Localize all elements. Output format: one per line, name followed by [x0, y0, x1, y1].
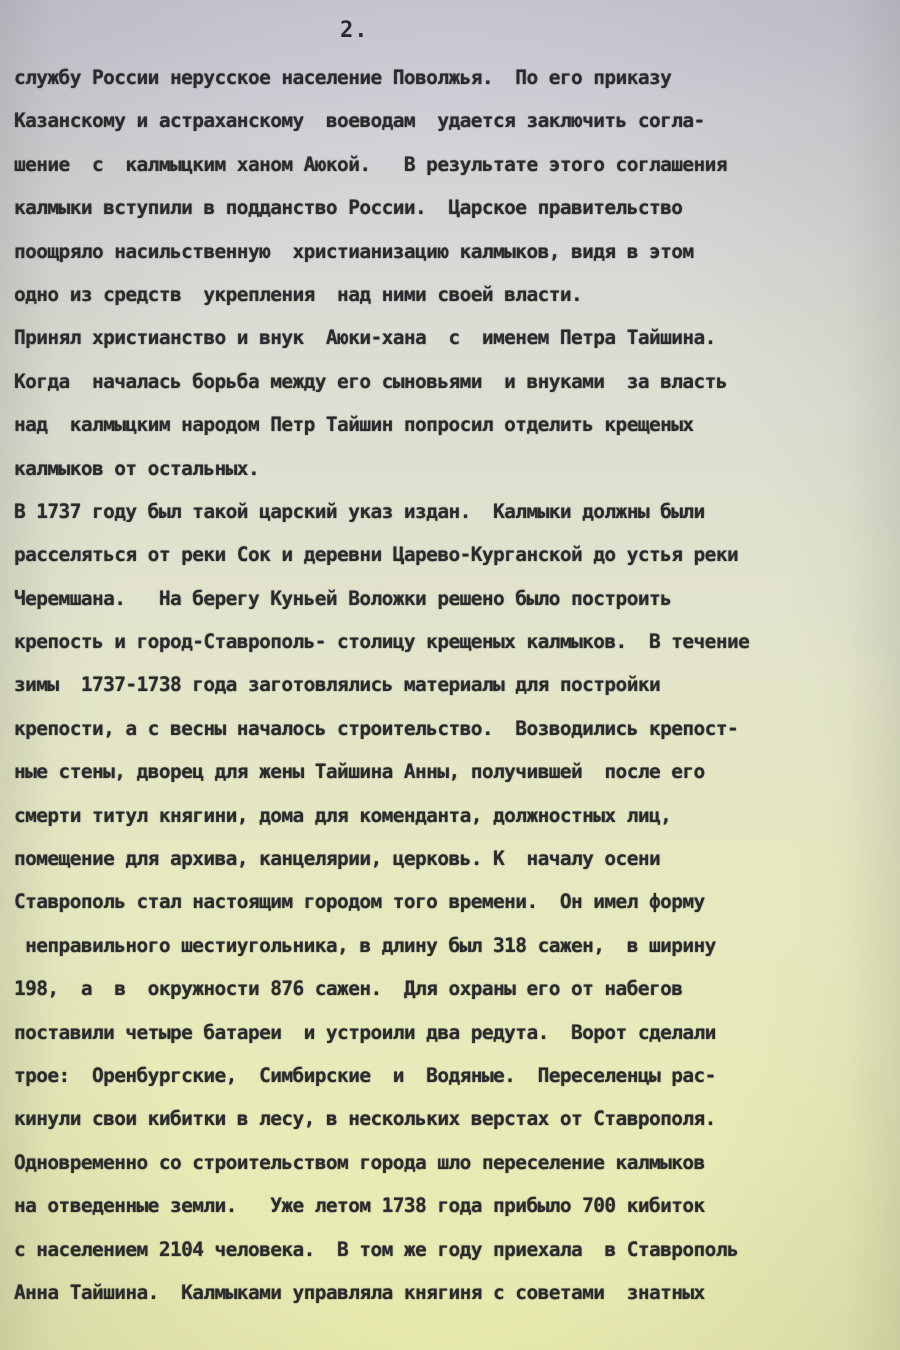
text-line: зимы 1737-1738 года заготовлялись матери… — [14, 663, 890, 706]
text-line: ные стены, дворец для жены Тайшина Анны,… — [14, 750, 890, 793]
text-line: одно из средств укрепления над ними свое… — [14, 273, 890, 316]
text-line: Принял христианство и внук Аюки-хана с и… — [14, 316, 890, 359]
page-number: 2. — [340, 18, 369, 43]
text-line: Казанскому и астраханскому воеводам удае… — [14, 99, 890, 142]
text-line: калмыков от остальных. — [14, 447, 890, 490]
text-line: 198, а в окружности 876 сажен. Для охран… — [14, 967, 890, 1010]
text-line: неправильного шестиугольника, в длину бы… — [14, 924, 890, 967]
text-line: трое: Оренбургские, Симбирские и Водяные… — [14, 1054, 890, 1097]
text-line: Анна Тайшина. Калмыками управляла княгин… — [14, 1271, 890, 1314]
typewritten-text-body: службу России нерусское население Поволж… — [14, 56, 890, 1314]
text-line: расселяться от реки Сок и деревни Царево… — [14, 533, 890, 576]
text-line: Ставрополь стал настоящим городом того в… — [14, 880, 890, 923]
text-line: смерти титул княгини, дома для комендант… — [14, 794, 890, 837]
text-line: калмыки вступили в подданство России. Ца… — [14, 186, 890, 229]
text-line: Черемшана. На берегу Куньей Воложки реше… — [14, 577, 890, 620]
text-line: Одновременно со строительством города шл… — [14, 1141, 890, 1184]
text-line: Когда началась борьба между его сыновьям… — [14, 360, 890, 403]
text-line: службу России нерусское население Поволж… — [14, 56, 890, 99]
text-line: В 1737 году был такой царский указ издан… — [14, 490, 890, 533]
text-line: крепость и город-Ставрополь- столицу кре… — [14, 620, 890, 663]
text-line: шение с калмыцким ханом Аюкой. В результ… — [14, 143, 890, 186]
text-line: крепости, а с весны началось строительст… — [14, 707, 890, 750]
text-line: с населением 2104 человека. В том же год… — [14, 1228, 890, 1271]
text-line: над калмыцким народом Петр Тайшин попрос… — [14, 403, 890, 446]
text-line: помещение для архива, канцелярии, церков… — [14, 837, 890, 880]
text-line: кинули свои кибитки в лесу, в нескольких… — [14, 1097, 890, 1140]
text-line: поощряло насильственную христианизацию к… — [14, 230, 890, 273]
text-line: поставили четыре батареи и устроили два … — [14, 1011, 890, 1054]
text-line: на отведенные земли. Уже летом 1738 года… — [14, 1184, 890, 1227]
